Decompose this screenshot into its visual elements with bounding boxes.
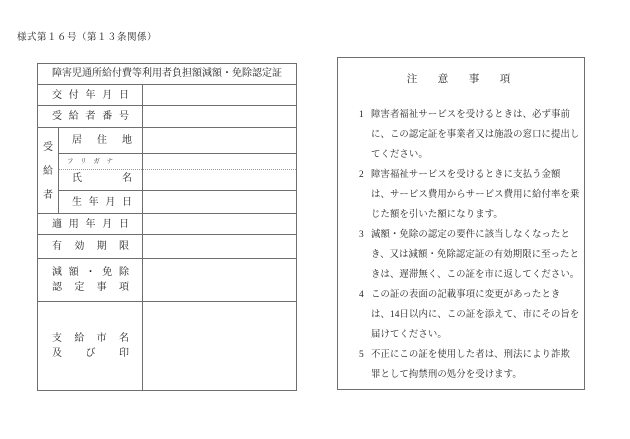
residence-label: 居 住 地 [72, 133, 132, 148]
note-number: 2 [359, 165, 364, 185]
certificate-card: 障害児通所給付費等利用者負担額減額・免除認定証 交 付 年 月 日 受 給 者 … [37, 63, 297, 391]
recipient-number-value-cell [143, 106, 296, 127]
note-text-line: 障害者福祉サービスを受けるときは、必ず事前 [371, 105, 581, 125]
issue-date-value-cell [143, 85, 296, 105]
validity-period-label-cell: 有 効 期 限 [38, 235, 143, 258]
note-text-line: 罪として拘禁刑の処分を受けます。 [371, 365, 581, 385]
row-reduction-exemption: 減 額 ・ 免 除 認 定 事 項 [38, 259, 296, 302]
note-text-line: 届けてください。 [371, 325, 581, 345]
birth-date-value-cell [143, 191, 296, 213]
recipient-group-char: 受 [43, 138, 53, 153]
city-seal-value-cell [143, 302, 296, 390]
birth-date-label: 生 年 月 日 [72, 195, 132, 210]
name-label-area: 氏 名 [59, 166, 142, 190]
validity-period-label: 有 効 期 限 [52, 239, 129, 254]
note-item-2: 2 障害福祉サービスを受けるときに支払う金額 は、サービス費用からサービス費用に… [338, 165, 584, 225]
note-text-line: この証の表面の記載事項に変更があったとき [371, 285, 581, 305]
form-number-label: 様式第１６号（第１３条関係） [17, 29, 157, 43]
note-text-line: き、又は減額・免除認定証の有効期限に至ったと [371, 245, 581, 265]
reduction-exemption-value-cell [143, 259, 296, 301]
note-item-4: 4 この証の表面の記載事項に変更があったとき は、14日以内に、この証を添えて、… [338, 285, 584, 345]
application-date-value-cell [143, 214, 296, 234]
recipient-number-label: 受 給 者 番 号 [52, 109, 129, 124]
note-text-line: は、サービス費用からサービス費用に給付率を乗 [371, 185, 581, 205]
residence-label-cell: 居 住 地 [59, 128, 143, 153]
note-number: 4 [359, 285, 364, 305]
note-text-line: 減額・免除の認定の要件に該当しなくなったと [371, 225, 581, 245]
row-residence: 居 住 地 [59, 128, 296, 154]
note-text-line: きは、遅滞無く、この証を市に返してください。 [371, 265, 581, 285]
row-city-seal: 支 給 市 名 及 び 印 [38, 302, 296, 390]
note-item-3: 3 減額・免除の認定の要件に該当しなくなったと き、又は減額・免除認定証の有効期… [338, 225, 584, 285]
name-label-cell: フ リ ガ ナ 氏 名 [59, 154, 143, 190]
reduction-exemption-label-cell: 減 額 ・ 免 除 認 定 事 項 [38, 259, 143, 301]
row-birth-date: 生 年 月 日 [59, 191, 296, 213]
city-seal-label-line2: 及 び 印 [52, 346, 129, 361]
row-recipient-number: 受 給 者 番 号 [38, 106, 296, 128]
recipient-group-label: 受 給 者 [38, 128, 59, 213]
row-application-date: 適 用 年 月 日 [38, 214, 296, 235]
issue-date-label: 交 付 年 月 日 [52, 88, 129, 103]
certificate-title: 障害児通所給付費等利用者負担額減額・免除認定証 [38, 64, 296, 85]
row-issue-date: 交 付 年 月 日 [38, 85, 296, 106]
note-number: 3 [359, 225, 364, 245]
city-seal-label-line1: 支 給 市 名 [52, 331, 129, 346]
recipient-group-char: 給 [43, 162, 53, 177]
note-text-line: は、14日以内に、この証を添えて、市にその旨を [371, 305, 581, 325]
note-number: 1 [359, 105, 364, 125]
application-date-label: 適 用 年 月 日 [52, 217, 129, 232]
recipient-group: 受 給 者 居 住 地 フ リ ガ ナ 氏 名 [38, 128, 296, 214]
note-text-line: じた額を引いた額になります。 [371, 205, 581, 225]
note-text-line: 不正にこの証を使用した者は、刑法により詐欺 [371, 345, 581, 365]
row-validity-period: 有 効 期 限 [38, 235, 296, 259]
birth-date-label-cell: 生 年 月 日 [59, 191, 143, 213]
reduction-exemption-label-line2: 認 定 事 項 [52, 280, 129, 295]
validity-period-value-cell [143, 235, 296, 258]
name-value-cell [143, 154, 296, 190]
note-text-line: てください。 [371, 145, 581, 165]
note-number: 5 [359, 345, 364, 365]
row-name: フ リ ガ ナ 氏 名 [59, 154, 296, 191]
note-text-line: に、この認定証を事業者又は施設の窓口に提出し [371, 125, 581, 145]
application-date-label-cell: 適 用 年 月 日 [38, 214, 143, 234]
note-text-line: 障害福祉サービスを受けるときに支払う金額 [371, 165, 581, 185]
recipient-number-label-cell: 受 給 者 番 号 [38, 106, 143, 127]
residence-value-cell [143, 128, 296, 153]
notes-title: 注 意 事 項 [338, 71, 584, 86]
reduction-exemption-label-line1: 減 額 ・ 免 除 [52, 265, 129, 280]
recipient-group-rows: 居 住 地 フ リ ガ ナ 氏 名 生 年 [59, 128, 296, 213]
note-item-5: 5 不正にこの証を使用した者は、刑法により詐欺 罪として拘禁刑の処分を受けます。 [338, 345, 584, 385]
issue-date-label-cell: 交 付 年 月 日 [38, 85, 143, 105]
form-page: 様式第１６号（第１３条関係） 障害児通所給付費等利用者負担額減額・免除認定証 交… [0, 0, 630, 439]
notes-card: 注 意 事 項 1 障害者福祉サービスを受けるときは、必ず事前 に、この認定証を… [337, 57, 585, 390]
furigana-label: フ リ ガ ナ [67, 158, 113, 166]
note-item-1: 1 障害者福祉サービスを受けるときは、必ず事前 に、この認定証を事業者又は施設の… [338, 105, 584, 165]
name-label: 氏 名 [72, 171, 132, 186]
recipient-group-char: 者 [43, 186, 53, 201]
city-seal-label-cell: 支 給 市 名 及 び 印 [38, 302, 143, 390]
